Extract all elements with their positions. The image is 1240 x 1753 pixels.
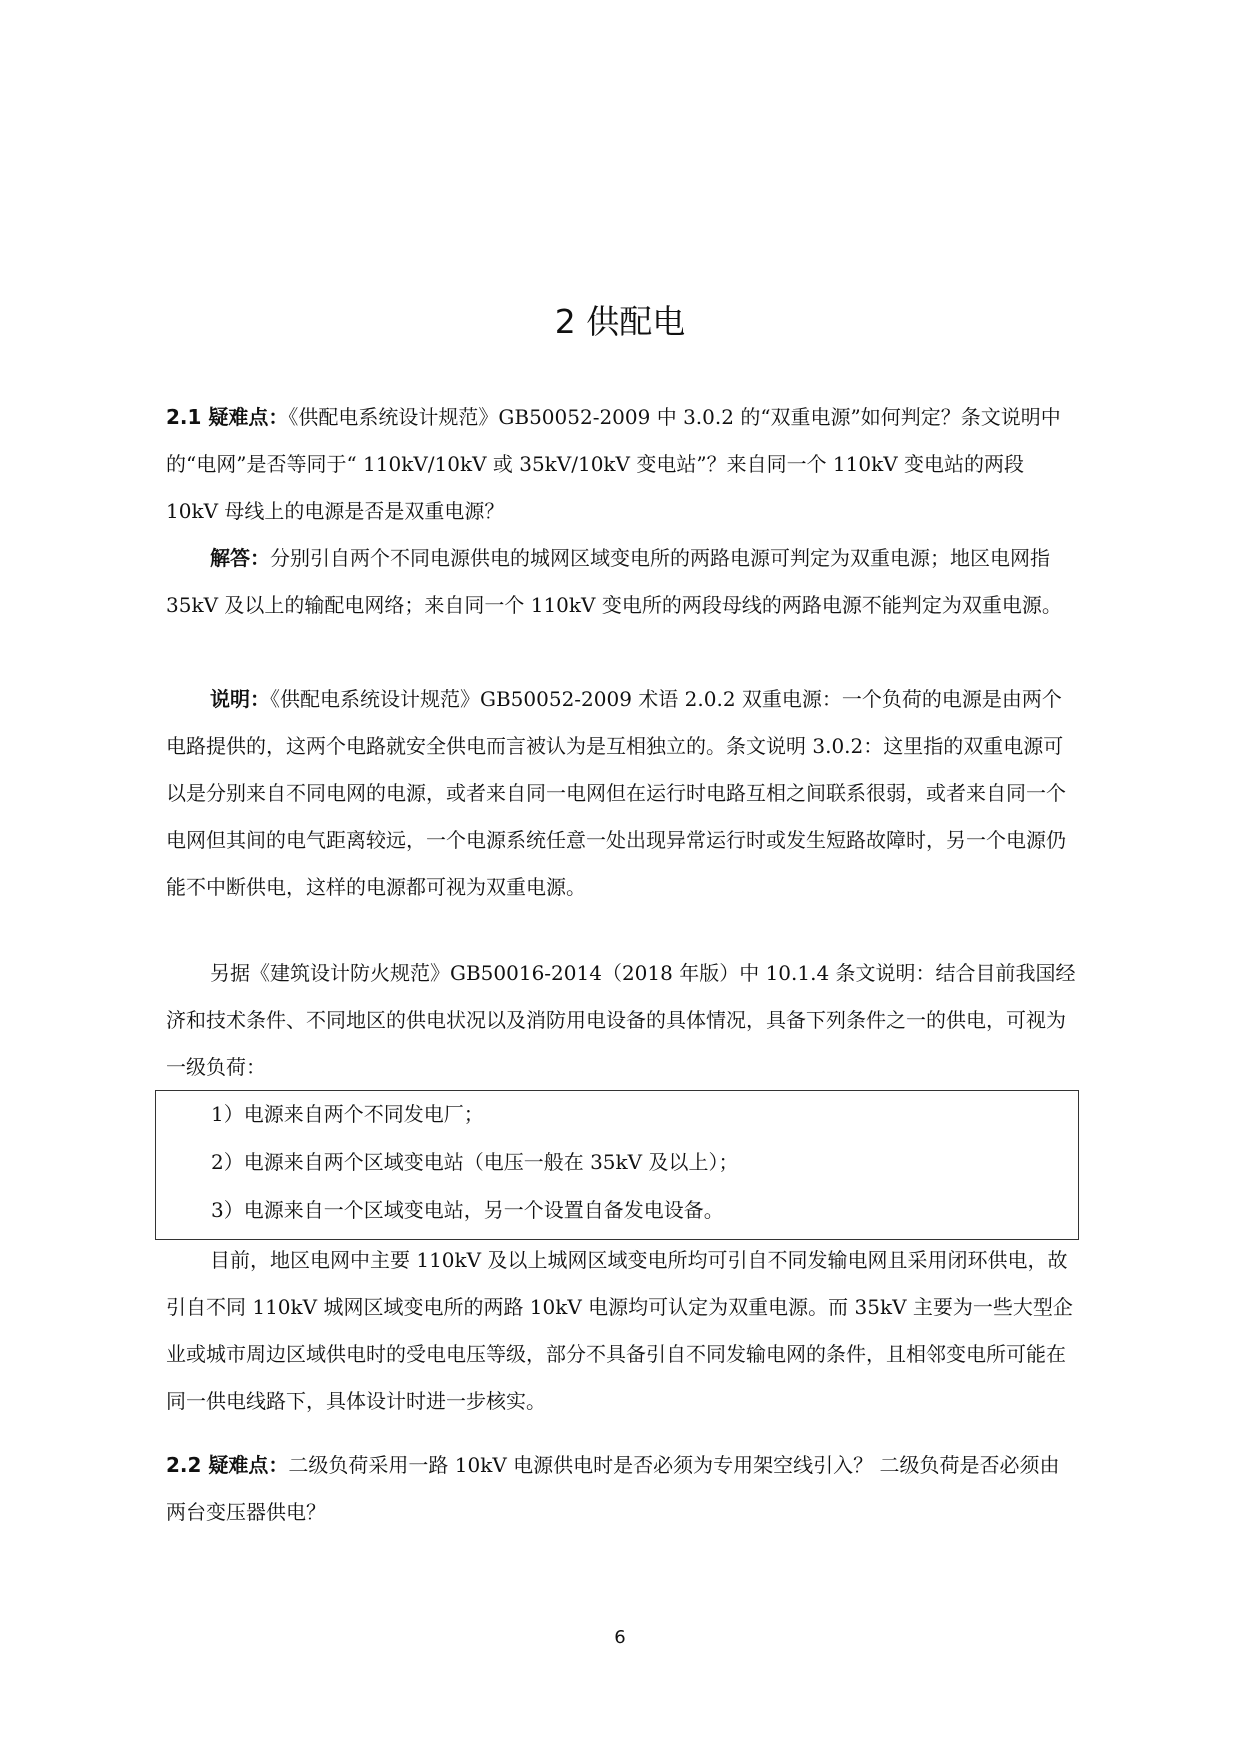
condition-item: 3）电源来自一个区域变电站，另一个设置自备发电设备。: [211, 1187, 724, 1234]
conditions-box: 1）电源来自两个不同发电厂； 2）电源来自两个区域变电站（电压一般在 35kV …: [155, 1090, 1079, 1240]
question-text: 二级负荷采用一路 10kV 电源供电时是否必须为专用架空线引入？ 二级负荷是否必…: [166, 1453, 1060, 1524]
condition-item: 2）电源来自两个区域变电站（电压一般在 35kV 及以上）；: [211, 1139, 738, 1186]
extra-text: 另据《建筑设计防火规范》GB50016-2014（2018 年版）中 10.1.…: [166, 950, 1076, 1091]
section-2-1-extra: 另据《建筑设计防火规范》GB50016-2014（2018 年版）中 10.1.…: [166, 950, 1076, 1091]
condition-item: 1）电源来自两个不同发电厂；: [211, 1091, 484, 1138]
section-2-1-note: 说明：《供配电系统设计规范》GB50052-2009 术语 2.0.2 双重电源…: [166, 676, 1076, 911]
section-2-2-question: 2.2 疑难点：二级负荷采用一路 10kV 电源供电时是否必须为专用架空线引入？…: [166, 1442, 1076, 1536]
section-2-1-question: 2.1 疑难点：《供配电系统设计规范》GB50052-2009 中 3.0.2 …: [166, 394, 1076, 535]
closing-text: 目前，地区电网中主要 110kV 及以上城网区域变电所均可引自不同发输电网且采用…: [166, 1237, 1076, 1425]
page-number: 6: [0, 1627, 1240, 1648]
page-title: 2 供配电: [0, 296, 1240, 343]
section-2-1-closing: 目前，地区电网中主要 110kV 及以上城网区域变电所均可引自不同发输电网且采用…: [166, 1237, 1076, 1425]
answer-text: 分别引自两个不同电源供电的城网区域变电所的两路电源可判定为双重电源；地区电网指 …: [166, 546, 1062, 617]
note-text: 《供配电系统设计规范》GB50052-2009 术语 2.0.2 双重电源：一个…: [166, 687, 1066, 899]
section-2-1-answer: 解答：分别引自两个不同电源供电的城网区域变电所的两路电源可判定为双重电源；地区电…: [166, 535, 1076, 629]
question-text: 《供配电系统设计规范》GB50052-2009 中 3.0.2 的“双重电源”如…: [166, 405, 1061, 523]
question-label: 2.2 疑难点：: [166, 1453, 288, 1477]
question-label: 2.1 疑难点：: [166, 405, 288, 429]
answer-label: 解答：: [210, 546, 270, 570]
note-label: 说明：: [210, 687, 270, 711]
